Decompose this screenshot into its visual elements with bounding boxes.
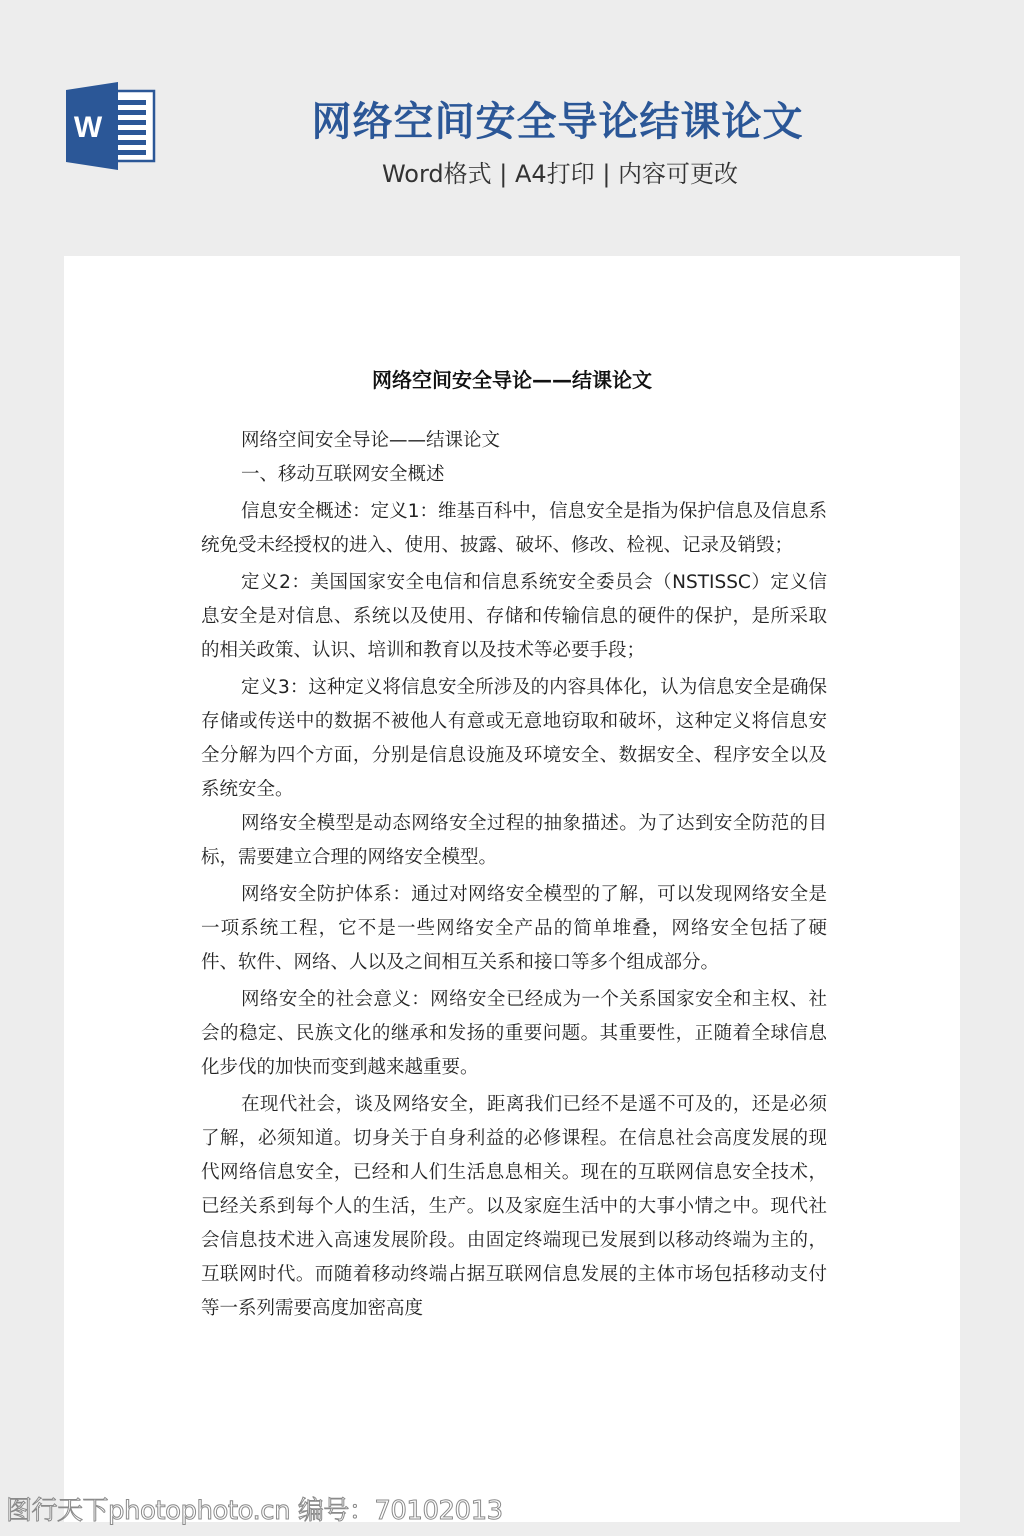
svg-text:W: W — [74, 111, 103, 144]
paragraph: 在现代社会，谈及网络安全，距离我们已经不是遥不可及的，还是必须了解，必须知道。切… — [201, 1088, 827, 1326]
document-body: 网络空间安全导论——结课论文 一、移动互联网安全概述 信息安全概述：定义1：维基… — [201, 424, 827, 1326]
paragraph: 网络安全防护体系：通过对网络安全模型的了解，可以发现网络安全是一项系统工程，它不… — [201, 878, 827, 980]
paragraph: 网络安全模型是动态网络安全过程的抽象描述。为了达到安全防范的目标，需要建立合理的… — [201, 807, 827, 875]
watermark: 图行天下photophoto.cn 编号：70102013 — [6, 1490, 503, 1527]
paragraph: 定义2：美国国家安全电信和信息系统安全委员会（NSTISSC）定义信息安全是对信… — [201, 566, 827, 668]
paragraph: 网络安全的社会意义：网络安全已经成为一个关系国家安全和主权、社会的稳定、民族文化… — [201, 983, 827, 1085]
paragraph: 定义3：这种定义将信息安全所涉及的内容具体化，认为信息安全是确保存储或传送中的数… — [201, 671, 827, 807]
paragraph: 信息安全概述：定义1：维基百科中，信息安全是指为保护信息及信息系统免受未经授权的… — [201, 495, 827, 563]
paragraph: 网络空间安全导论——结课论文 — [201, 424, 827, 458]
document-page: 网络空间安全导论——结课论文 网络空间安全导论——结课论文 一、移动互联网安全概… — [64, 256, 960, 1522]
section-heading: 一、移动互联网安全概述 — [201, 458, 827, 492]
document-title: 网络空间安全导论——结课论文 — [64, 364, 960, 393]
word-document-icon: W — [66, 82, 156, 170]
header-subtitle: Word格式 | A4打印 | 内容可更改 — [340, 154, 780, 189]
header-title: 网络空间安全导论结课论文 — [300, 90, 815, 147]
